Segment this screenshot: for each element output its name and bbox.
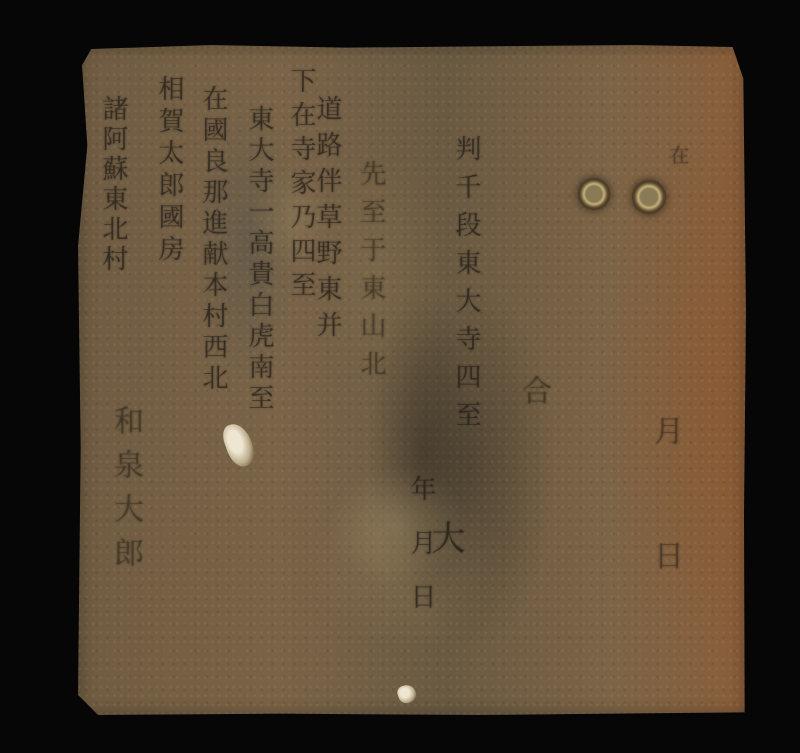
text-column: 下在寺家乃四至 xyxy=(288,67,314,305)
text-column: 在 xyxy=(668,145,688,171)
paper-flake xyxy=(395,682,418,705)
text-column: 道路伴草野東并 xyxy=(314,95,340,347)
text-column: 諸阿蘇東北村 xyxy=(100,95,126,275)
manuscript-paper: 諸阿蘇東北村 和泉大郎 相賀太郎國房 在國良那進献本村西北 東大寺一高貴白虎南至… xyxy=(78,45,746,715)
photo-background: 諸阿蘇東北村 和泉大郎 相賀太郎國房 在國良那進献本村西北 東大寺一高貴白虎南至… xyxy=(0,0,800,753)
text-column: 相賀太郎國房 xyxy=(156,75,182,267)
text-column: 和泉大郎 xyxy=(110,405,140,581)
damage-hole xyxy=(578,178,610,210)
text-column: 合 xyxy=(518,375,548,409)
text-column: 在國良那進献本村西北 xyxy=(200,85,226,395)
text-column: 東大寺一高貴白虎南至 xyxy=(246,105,272,415)
damage-hole xyxy=(632,180,666,214)
signature-mark: 大 xyxy=(428,520,462,558)
date-mark: 月 日 xyxy=(650,415,680,600)
paper-flake xyxy=(219,420,258,470)
text-column: 判千段東大寺四至 xyxy=(453,135,479,439)
text-column: 先至于東山北 xyxy=(358,160,384,388)
